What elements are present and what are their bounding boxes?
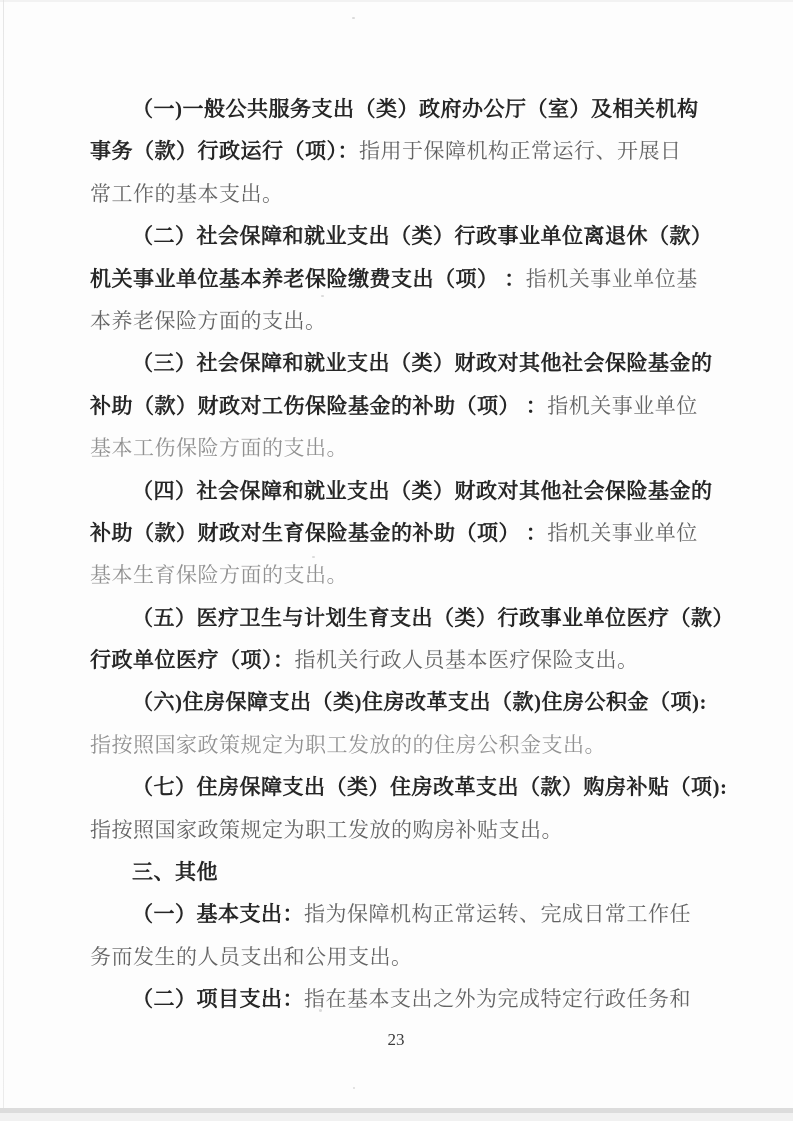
text-segment: 指为保障机构正常运转、完成日常工作任 xyxy=(304,902,691,926)
text-segment: 事务（款）行政运行（项）： xyxy=(90,139,359,163)
paragraph: （二）社会保障和就业支出（类）行政事业单位离退休（款）机关事业单位基本养老保险缴… xyxy=(90,215,730,342)
text-segment: 常工作的基本支出。 xyxy=(90,182,284,206)
paragraph: （七）住房保障支出（类）住房改革支出（款）购房补贴（项):指按照国家政策规定为职… xyxy=(90,766,730,851)
text-line: 基本工伤保险方面的支出。 xyxy=(90,427,730,469)
text-segment: 指用于保障机构正常运行、开展日 xyxy=(359,139,682,163)
scan-speck xyxy=(312,556,315,558)
text-segment: 基本工伤保险方面的支出。 xyxy=(90,436,348,460)
text-segment: 三、其他 xyxy=(132,860,218,884)
text-segment: 指在基本支出之外为完成特定行政任务和 xyxy=(304,987,691,1011)
text-segment: 指机关行政人员基本医疗保险支出。 xyxy=(295,648,639,672)
text-segment: （一)一般公共服务支出（类）政府办公厅（室）及相关机构 xyxy=(132,97,699,121)
text-line: 常工作的基本支出。 xyxy=(90,173,730,215)
paragraph: （一)一般公共服务支出（类）政府办公厅（室）及相关机构事务（款）行政运行（项）：… xyxy=(90,88,730,215)
paragraph: （三）社会保障和就业支出（类）财政对其他社会保险基金的补助（款）财政对工伤保险基… xyxy=(90,342,730,469)
paragraph: 三、其他 xyxy=(90,851,730,893)
text-segment: 补助（款）财政对生育保险基金的补助（项） ： xyxy=(90,521,547,545)
text-line: 三、其他 xyxy=(90,851,730,893)
text-line: （三）社会保障和就业支出（类）财政对其他社会保险基金的 xyxy=(90,342,730,384)
text-segment: 机关事业单位基本养老保险缴费支出（项） ： xyxy=(90,267,526,291)
scan-speck xyxy=(353,1087,355,1089)
text-line: 务而发生的人员支出和公用支出。 xyxy=(90,936,730,978)
text-line: （六)住房保障支出（类)住房改革支出（款)住房公积金（项): xyxy=(90,681,730,723)
text-segment: （二）社会保障和就业支出（类）行政事业单位离退休（款） xyxy=(132,224,713,248)
paragraph: （五）医疗卫生与计划生育支出（类）行政事业单位医疗（款）行政单位医疗（项）：指机… xyxy=(90,597,730,682)
text-line: 指按照国家政策规定为职工发放的的住房公积金支出。 xyxy=(90,724,730,766)
text-segment: （三）社会保障和就业支出（类）财政对其他社会保险基金的 xyxy=(132,351,713,375)
text-line: 行政单位医疗（项）：指机关行政人员基本医疗保险支出。 xyxy=(90,639,730,681)
paragraph: （六)住房保障支出（类)住房改革支出（款)住房公积金（项):指按照国家政策规定为… xyxy=(90,681,730,766)
text-line: （七）住房保障支出（类）住房改革支出（款）购房补贴（项): xyxy=(90,766,730,808)
text-segment: 行政单位医疗（项）： xyxy=(90,648,295,672)
text-line: 基本生育保险方面的支出。 xyxy=(90,554,730,596)
document-page: （一)一般公共服务支出（类）政府办公厅（室）及相关机构事务（款）行政运行（项）：… xyxy=(0,0,793,1121)
text-line: 补助（款）财政对工伤保险基金的补助（项） ：指机关事业单位 xyxy=(90,385,730,427)
text-line: 补助（款）财政对生育保险基金的补助（项） ：指机关事业单位 xyxy=(90,512,730,554)
scan-speck xyxy=(319,1009,322,1012)
text-line: 机关事业单位基本养老保险缴费支出（项） ：指机关事业单位基 xyxy=(90,258,730,300)
text-line: （四）社会保障和就业支出（类）财政对其他社会保险基金的 xyxy=(90,470,730,512)
text-line: （二）项目支出：指在基本支出之外为完成特定行政任务和 xyxy=(90,978,730,1020)
text-line: 指按照国家政策规定为职工发放的购房补贴支出。 xyxy=(90,809,730,851)
scan-speck xyxy=(352,17,355,19)
text-segment: 指按照国家政策规定为职工发放的购房补贴支出。 xyxy=(90,818,563,842)
text-segment: （七）住房保障支出（类）住房改革支出（款）购房补贴（项): xyxy=(132,775,727,799)
text-line: （一)一般公共服务支出（类）政府办公厅（室）及相关机构 xyxy=(90,88,730,130)
paragraph: （四）社会保障和就业支出（类）财政对其他社会保险基金的补助（款）财政对生育保险基… xyxy=(90,470,730,597)
paragraph: （一）基本支出：指为保障机构正常运转、完成日常工作任务而发生的人员支出和公用支出… xyxy=(90,893,730,978)
page-number: 23 xyxy=(90,1030,702,1050)
text-segment: 本养老保险方面的支出。 xyxy=(90,309,327,333)
scan-edge-bottom-shadow xyxy=(0,1113,793,1121)
text-segment: （二）项目支出： xyxy=(132,987,304,1011)
scan-speck xyxy=(321,295,324,297)
document-content: （一)一般公共服务支出（类）政府办公厅（室）及相关机构事务（款）行政运行（项）：… xyxy=(90,88,730,1021)
text-line: （二）社会保障和就业支出（类）行政事业单位离退休（款） xyxy=(90,215,730,257)
text-segment: （六)住房保障支出（类)住房改革支出（款)住房公积金（项): xyxy=(132,690,707,714)
scan-edge-top xyxy=(0,0,793,2)
text-segment: 指机关事业单位 xyxy=(547,521,698,545)
text-segment: 指机关事业单位基 xyxy=(526,267,698,291)
text-segment: 指按照国家政策规定为职工发放的的住房公积金支出。 xyxy=(90,733,606,757)
text-segment: 指机关事业单位 xyxy=(547,394,698,418)
text-segment: （五）医疗卫生与计划生育支出（类）行政事业单位医疗（款） xyxy=(132,606,734,630)
text-line: （五）医疗卫生与计划生育支出（类）行政事业单位医疗（款） xyxy=(90,597,730,639)
text-segment: （一）基本支出： xyxy=(132,902,304,926)
text-segment: 基本生育保险方面的支出。 xyxy=(90,563,348,587)
paragraph: （二）项目支出：指在基本支出之外为完成特定行政任务和 xyxy=(90,978,730,1020)
text-line: （一）基本支出：指为保障机构正常运转、完成日常工作任 xyxy=(90,893,730,935)
text-segment: （四）社会保障和就业支出（类）财政对其他社会保险基金的 xyxy=(132,479,713,503)
text-segment: 补助（款）财政对工伤保险基金的补助（项） ： xyxy=(90,394,547,418)
scan-edge-left xyxy=(3,0,4,1112)
text-line: 事务（款）行政运行（项）：指用于保障机构正常运行、开展日 xyxy=(90,130,730,172)
text-segment: 务而发生的人员支出和公用支出。 xyxy=(90,945,413,969)
text-line: 本养老保险方面的支出。 xyxy=(90,300,730,342)
